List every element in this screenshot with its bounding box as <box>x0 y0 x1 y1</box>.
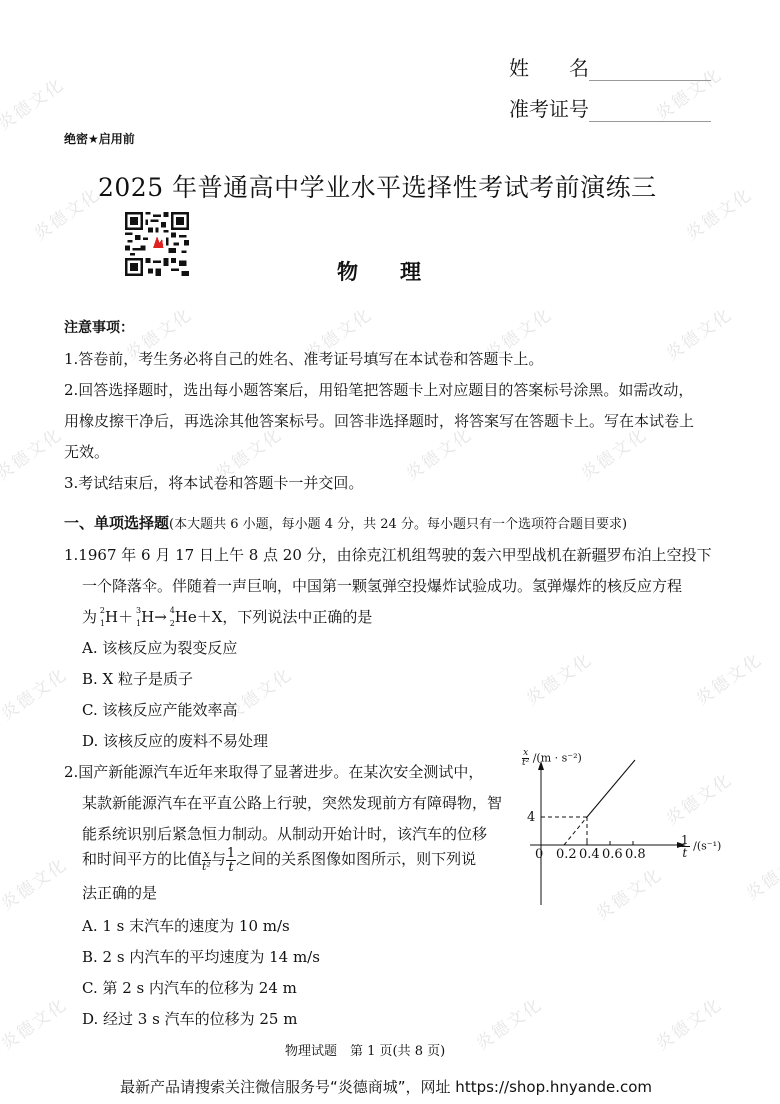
watermark: 炎德文化 <box>0 660 71 724</box>
qr-code <box>124 212 190 276</box>
watermark: 炎德文化 <box>520 645 597 709</box>
arrow-icon: → <box>154 608 167 626</box>
section-title: 一、单项选择题 <box>64 514 169 532</box>
y-tick-4: 4 <box>527 810 535 825</box>
notice-heading: 注意事项： <box>64 313 134 344</box>
fraction-1-over-t: 1t <box>226 847 236 874</box>
name-field[interactable]: 姓 名 <box>509 52 711 81</box>
q2-stem-line1: 2.国产新能源汽车近年来取得了显著进步。在某次安全测试中， <box>64 757 483 788</box>
q1-equation-line: 为21H＋31H→42He＋X，下列说法中正确的是 <box>82 602 372 633</box>
q2-line4-a: 和时间平方的比值 <box>82 850 202 868</box>
watermark: 炎德文化 <box>690 645 767 709</box>
exam-id-input-line[interactable] <box>589 101 711 122</box>
q2-option-a[interactable]: A. 1 s 末汽车的速度为 10 m/s <box>82 911 290 942</box>
page-footer: 物理试题 第 1 页(共 8 页) <box>285 1040 445 1059</box>
fraction-x-over-t2: xt² <box>202 849 211 872</box>
secret-mark: 绝密★启用前 <box>64 130 135 147</box>
q2-option-d[interactable]: D. 经过 3 s 汽车的位移为 25 m <box>82 1004 297 1035</box>
notice-item-2-cont: 用橡皮擦干净后，再选涂其他答案标号。回答非选择题时，将答案写在答题卡上。写在本试… <box>64 406 694 437</box>
nuclide-helium-index: 42 <box>167 611 175 625</box>
promo-footer: 最新产品请搜索关注微信服务号“炎德商城”，网址 https://shop.hny… <box>120 1076 652 1097</box>
nuclide-helium: He＋X <box>175 608 223 626</box>
q2-line4-b: 与 <box>211 850 226 868</box>
q1-eq-prefix: 为 <box>82 608 97 626</box>
subject-title: 物 理 <box>337 256 421 286</box>
q2-option-b[interactable]: B. 2 s 内汽车的平均速度为 14 m/s <box>82 942 320 973</box>
watermark: 炎德文化 <box>28 180 105 244</box>
name-label: 姓 名 <box>509 56 589 80</box>
q1-eq-suffix: ，下列说法中正确的是 <box>222 608 372 626</box>
x-axis-label: 1t /(s⁻¹) <box>680 834 721 859</box>
q2-stem-line5: 法正确的是 <box>82 878 157 909</box>
q1-option-d[interactable]: D. 该核反应的废料不易处理 <box>82 726 268 757</box>
x-tick-0-8: 0.8 <box>625 847 646 862</box>
notice-item-2-cont2: 无效。 <box>64 437 109 468</box>
watermark: 炎德文化 <box>0 70 68 134</box>
watermark: 炎德文化 <box>0 420 66 484</box>
origin-label: 0 <box>535 847 543 862</box>
q1-option-b[interactable]: B. X 粒子是质子 <box>82 664 193 695</box>
q2-line4-c: 之间的关系图像如图所示，则下列说 <box>236 850 476 868</box>
nuclide-tritium: H <box>141 608 154 626</box>
q2-option-c[interactable]: C. 第 2 s 内汽车的位移为 24 m <box>82 973 297 1004</box>
exam-id-field[interactable]: 准考证号 <box>509 93 711 122</box>
section-note: (本大题共 6 小题，每小题 4 分，共 24 分。每小题只有一个选项符合题目要… <box>169 517 627 532</box>
nuclide-deuterium: H＋ <box>105 608 133 626</box>
notice-item-2: 2.回答选择题时，选出每小题答案后，用铅笔把答题卡上对应题目的答案标号涂黑。如需… <box>64 375 693 406</box>
q1-stem-line2: 一个降落伞。伴随着一声巨响，中国第一颗氢弹空投爆炸试验成功。氢弹爆炸的核反应方程 <box>82 571 682 602</box>
watermark: 炎德文化 <box>0 990 71 1054</box>
q2-stem-line2: 某款新能源汽车在平直公路上行驶，突然发现前方有障碍物，智 <box>82 788 502 819</box>
x-tick-0-6: 0.6 <box>602 847 623 862</box>
watermark: 炎德文化 <box>660 300 737 364</box>
watermark: 炎德文化 <box>0 850 71 914</box>
watermark: 炎德文化 <box>680 180 757 244</box>
notice-item-3: 3.考试结束后，将本试卷和答题卡一并交回。 <box>64 468 363 499</box>
exam-id-label: 准考证号 <box>509 97 589 121</box>
watermark: 炎德文化 <box>650 990 727 1054</box>
name-input-line[interactable] <box>589 60 711 81</box>
exam-title: 2025 年普通高中学业水平选择性考试考前演练三 <box>98 168 657 204</box>
q1-option-a[interactable]: A. 该核反应为裂变反应 <box>82 633 237 664</box>
y-axis-label: xt² /(m · s⁻²) <box>522 749 582 768</box>
notice-item-1: 1.答卷前，考生务必将自己的姓名、准考证号填写在本试卷和答题卡上。 <box>64 344 543 375</box>
nuclide-deuterium-index: 21 <box>97 611 105 625</box>
x-tick-0-4: 0.4 <box>579 847 600 862</box>
watermark: 炎德文化 <box>470 990 547 1054</box>
nuclide-tritium-index: 31 <box>133 611 141 625</box>
q2-stem-line4: 和时间平方的比值xt²与1t之间的关系图像如图所示，则下列说 <box>82 842 476 876</box>
x-tick-0-2: 0.2 <box>556 847 577 862</box>
section-heading: 一、单项选择题(本大题共 6 小题，每小题 4 分，共 24 分。每小题只有一个… <box>64 508 627 540</box>
q1-stem-line1: 1.1967 年 6 月 17 日上午 8 点 20 分，由徐克江机组驾驶的轰六… <box>64 540 712 571</box>
q1-option-c[interactable]: C. 该核反应产能效率高 <box>82 695 237 726</box>
watermark: 炎德文化 <box>740 840 780 904</box>
